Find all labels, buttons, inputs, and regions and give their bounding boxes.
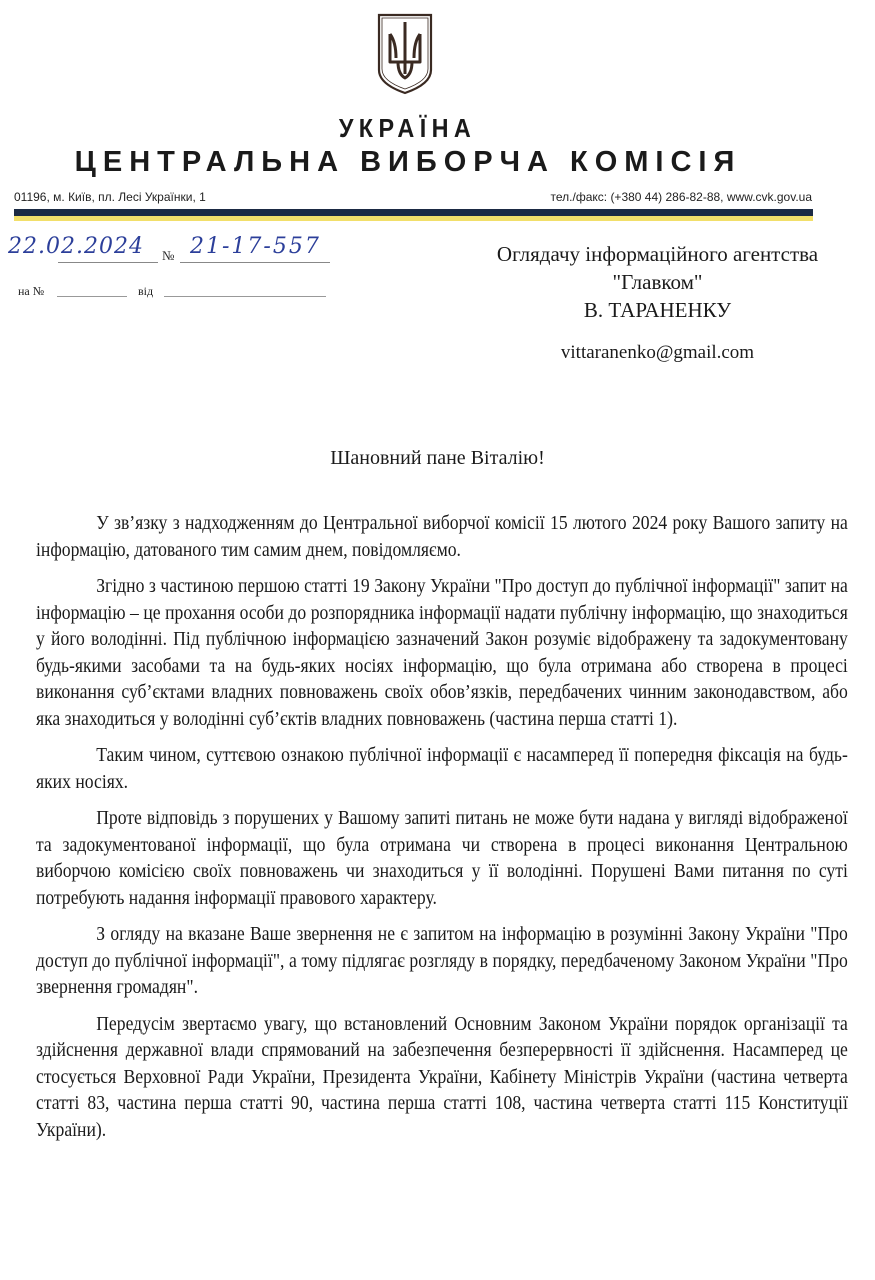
paragraph: Передусім звертаємо увагу, що встановлен…	[36, 1011, 848, 1144]
tryzub-coat-of-arms-icon	[376, 12, 434, 96]
date-underline	[58, 262, 158, 263]
number-sign-label: №	[162, 248, 174, 264]
paragraph: Проте відповідь з порушених у Вашому зап…	[36, 805, 848, 911]
reference-number-label: на №	[18, 284, 44, 299]
reference-number-blank	[57, 296, 127, 297]
registration-date: 22.02.2024	[8, 234, 144, 259]
paragraph: Згідно з частиною першою статті 19 Закон…	[36, 573, 848, 732]
letterhead-stripe-yellow	[14, 216, 813, 221]
recipient-agency: "Главком"	[440, 268, 875, 296]
reference-date-label: від	[138, 284, 153, 299]
organization-address: 01196, м. Київ, пл. Лесі Українки, 1	[14, 190, 206, 204]
recipient-position: Оглядачу інформаційного агентства	[440, 240, 875, 268]
paragraph: У зв’язку з надходженням до Центральної …	[36, 510, 848, 563]
registration-number: 21-17-557	[190, 234, 321, 259]
paragraph: З огляду на вказане Ваше звернення не є …	[36, 921, 848, 1001]
letterhead-stripe-blue	[14, 209, 813, 216]
letter-body: У зв’язку з надходженням до Центральної …	[36, 510, 848, 1153]
organization-title: ЦЕНТРАЛЬНА ВИБОРЧА КОМІСІЯ	[58, 146, 758, 179]
organization-contact: тел./факс: (+380 44) 286-82-88, www.cvk.…	[551, 190, 812, 204]
recipient-block: Оглядачу інформаційного агентства "Главк…	[440, 240, 875, 324]
reference-date-blank	[164, 296, 326, 297]
number-underline	[180, 262, 330, 263]
salutation: Шановний пане Віталію!	[0, 447, 875, 470]
recipient-name: В. ТАРАНЕНКУ	[440, 296, 875, 324]
paragraph: Таким чином, суттєвою ознакою публічної …	[36, 742, 848, 795]
country-title: УКРАЇНА	[41, 113, 775, 144]
recipient-email: vittaranenko@gmail.com	[440, 342, 875, 364]
